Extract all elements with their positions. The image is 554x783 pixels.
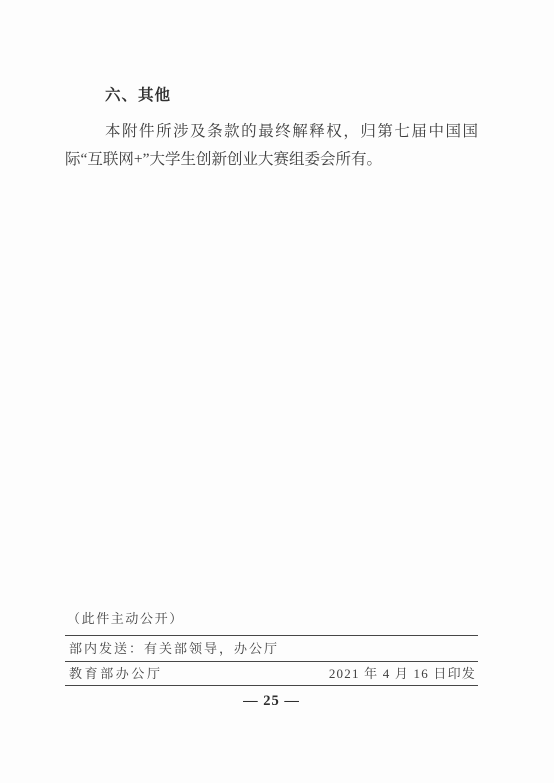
distribution-line: 部内发送：有关部领导，办公厅 xyxy=(69,641,478,657)
issuer-row: 教育部办公厅 2021 年 4 月 16 日印发 xyxy=(65,666,478,682)
footer-divider-bottom xyxy=(65,685,478,686)
disclosure-note: （此件主动公开） xyxy=(67,610,478,627)
section-heading: 六、其他 xyxy=(105,86,478,106)
document-footer: （此件主动公开） 部内发送：有关部领导，办公厅 教育部办公厅 2021 年 4 … xyxy=(65,610,478,709)
document-body: 六、其他 本附件所涉及条款的最终解释权，归第七届中国国际“互联网+”大学生创新创… xyxy=(65,86,478,174)
document-page: 六、其他 本附件所涉及条款的最终解释权，归第七届中国国际“互联网+”大学生创新创… xyxy=(0,0,554,783)
print-date: 2021 年 4 月 16 日印发 xyxy=(329,666,476,682)
footer-divider-top xyxy=(65,635,478,636)
footer-divider-middle xyxy=(65,661,478,662)
page-number: — 25 — xyxy=(65,693,478,709)
issuing-office: 教育部办公厅 xyxy=(69,666,163,682)
body-paragraph: 本附件所涉及条款的最终解释权，归第七届中国国际“互联网+”大学生创新创业大赛组委… xyxy=(65,118,478,174)
